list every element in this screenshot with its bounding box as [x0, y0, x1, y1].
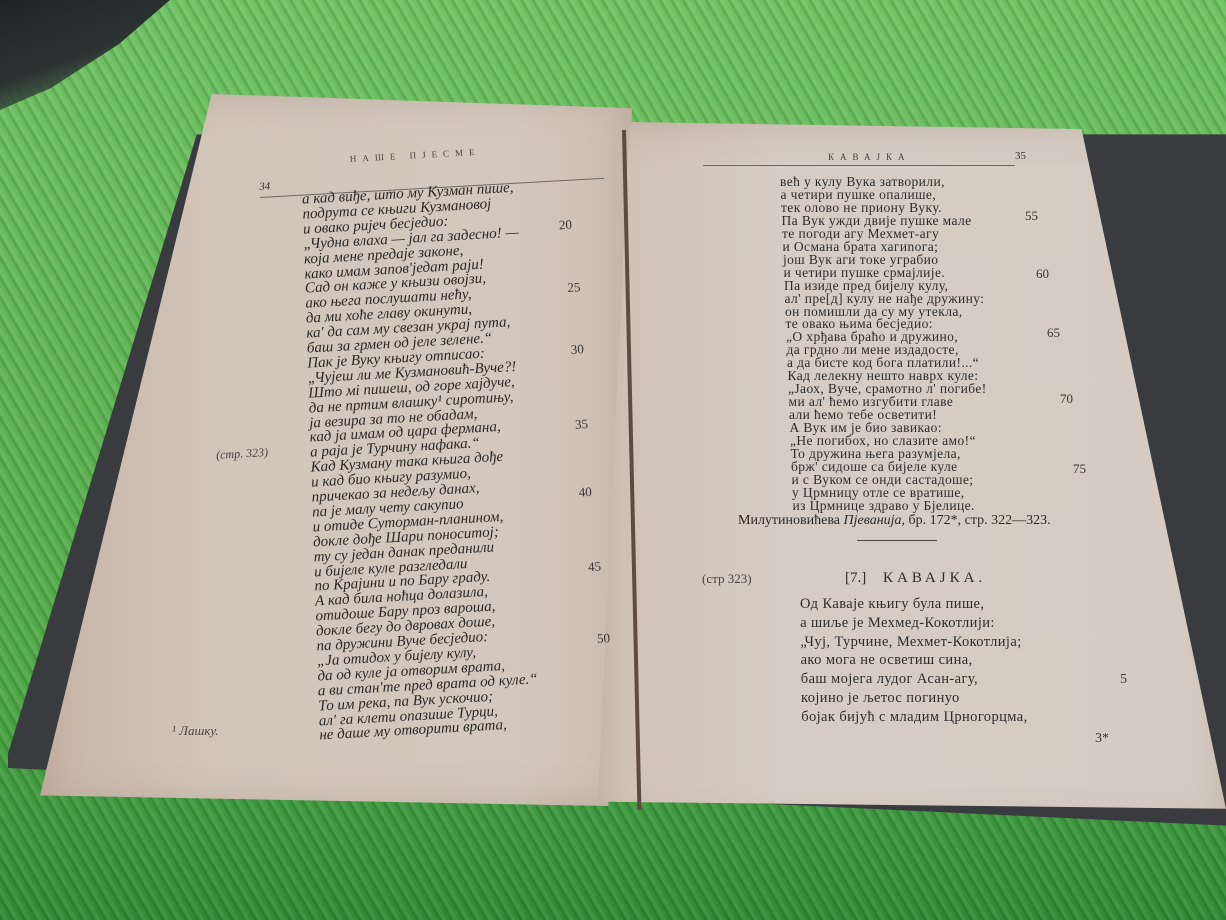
verse-line: којино је љетос погинуо	[801, 690, 960, 707]
verse-line: ако мога не осветиш сина,	[801, 652, 973, 669]
line-number: 60	[1036, 266, 1049, 282]
section-divider	[857, 540, 937, 541]
line-number: 55	[1025, 208, 1038, 224]
poem-title: КАВАЈКА.	[883, 570, 986, 587]
line-number: 75	[1073, 461, 1086, 477]
signature-mark: 3*	[1095, 731, 1109, 747]
right-margin-note: (стр 323)	[702, 571, 752, 587]
source-title: Пјеванија	[844, 513, 902, 528]
verse-line: а шиље је Мехмед-Кокотлији:	[800, 615, 995, 632]
verse-line: „Чуј, Турчине, Мехмет-Кокотлија;	[800, 634, 1021, 651]
line-number: 65	[1047, 325, 1060, 341]
poem-number: [7.]	[845, 570, 866, 587]
verse-line: бојак бијућ с младим Црногорцма,	[801, 709, 1027, 726]
source-author: Милутиновићева	[738, 513, 844, 528]
right-header-rule	[703, 165, 1015, 166]
right-page-number: 35	[1015, 150, 1026, 162]
right-running-head: КАВАЈКА	[828, 152, 910, 162]
verse-line: Од Каваје књигу була пише,	[800, 596, 984, 613]
line-number: 70	[1060, 391, 1073, 407]
source-citation: Милутиновићева Пјеванија, бр. 172*, стр.…	[738, 513, 1051, 529]
verse-line: из Црмнице здраво у Бјелице.	[793, 498, 975, 514]
right-page-text: КАВАЈКА 35 већ у кулу Вука затворили,а ч…	[0, 0, 1226, 920]
poem-line-number-5: 5	[1120, 672, 1127, 688]
verse-line: баш мојега лудог Асан-агу,	[801, 671, 978, 688]
source-ref: , бр. 172*, стр. 322—323.	[902, 513, 1051, 528]
